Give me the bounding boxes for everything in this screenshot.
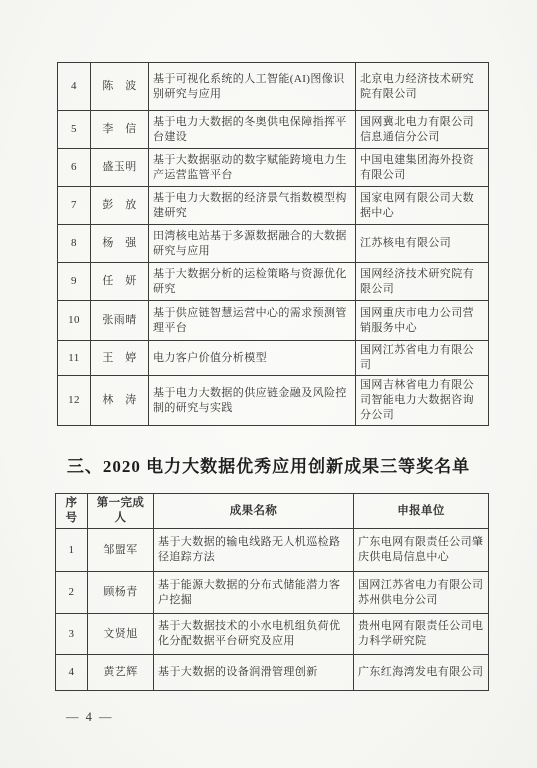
table-row: 4 陈 波 基于可视化系统的人工智能(AI)图像识别研究与应用 北京电力经济技术… [58,63,489,111]
serial-cell: 11 [58,341,91,376]
name-cell: 王 婷 [91,341,149,376]
serial-cell: 4 [58,63,91,111]
header-organization: 申报单位 [354,494,489,529]
name-cell: 邹盟军 [88,529,154,572]
header-achievement: 成果名称 [154,494,354,529]
achievement-cell: 基于可视化系统的人工智能(AI)图像识别研究与应用 [149,63,356,111]
org-cell: 国网吉林省电力有限公司智能电力大数据咨询分公司 [356,376,489,426]
award-table-second-prize-continued: 4 陈 波 基于可视化系统的人工智能(AI)图像识别研究与应用 北京电力经济技术… [57,62,489,426]
name-cell: 文贤旭 [88,614,154,655]
org-cell: 贵州电网有限责任公司电力科学研究院 [354,614,489,655]
name-cell: 杨 强 [91,225,149,263]
header-first-author: 第一完成人 [88,494,154,529]
achievement-cell: 基于大数据的设备润滑管理创新 [154,655,354,691]
name-cell: 张雨晴 [91,301,149,341]
table-row: 5 李 信 基于电力大数据的冬奥供电保障指挥平台建设 国网冀北电力有限公司信息通… [58,111,489,149]
org-cell: 北京电力经济技术研究院有限公司 [356,63,489,111]
serial-cell: 5 [58,111,91,149]
achievement-cell: 基于供应链智慧运营中心的需求预测管理平台 [149,301,356,341]
achievement-cell: 基于大数据技术的小水电机组负荷优化分配数据平台研究及应用 [154,614,354,655]
achievement-cell: 基于电力大数据的冬奥供电保障指挥平台建设 [149,111,356,149]
achievement-cell: 基于能源大数据的分布式储能潜力客户挖掘 [154,572,354,614]
table-row: 8 杨 强 田湾核电站基于多源数据融合的大数据研究与应用 江苏核电有限公司 [58,225,489,263]
achievement-cell: 基于大数据的输电线路无人机巡检路径追踪方法 [154,529,354,572]
org-cell: 国家电网有限公司大数据中心 [356,187,489,225]
org-cell: 国网重庆市电力公司营销服务中心 [356,301,489,341]
table-row: 4 黄艺辉 基于大数据的设备润滑管理创新 广东红海湾发电有限公司 [56,655,489,691]
achievement-cell: 基于大数据分析的运检策略与资源优化研究 [149,263,356,301]
org-cell: 中国电建集团海外投资有限公司 [356,149,489,187]
table-row: 3 文贤旭 基于大数据技术的小水电机组负荷优化分配数据平台研究及应用 贵州电网有… [56,614,489,655]
table-row: 6 盛玉明 基于大数据驱动的数字赋能跨境电力生产运营监管平台 中国电建集团海外投… [58,149,489,187]
achievement-cell: 基于电力大数据的供应链金融及风险控制的研究与实践 [149,376,356,426]
org-cell: 广东电网有限责任公司肇庆供电局信息中心 [354,529,489,572]
name-cell: 顾杨青 [88,572,154,614]
serial-cell: 6 [58,149,91,187]
section-heading: 三、2020 电力大数据优秀应用创新成果三等奖名单 [0,452,537,477]
achievement-cell: 基于大数据驱动的数字赋能跨境电力生产运营监管平台 [149,149,356,187]
serial-cell: 12 [58,376,91,426]
serial-cell: 4 [56,655,88,691]
name-cell: 彭 放 [91,187,149,225]
name-cell: 陈 波 [91,63,149,111]
table-row: 2 顾杨青 基于能源大数据的分布式储能潜力客户挖掘 国网江苏省电力有限公司苏州供… [56,572,489,614]
serial-cell: 3 [56,614,88,655]
org-cell: 江苏核电有限公司 [356,225,489,263]
achievement-cell: 电力客户价值分析模型 [149,341,356,376]
table-row: 10 张雨晴 基于供应链智慧运营中心的需求预测管理平台 国网重庆市电力公司营销服… [58,301,489,341]
serial-cell: 10 [58,301,91,341]
serial-cell: 8 [58,225,91,263]
table-row: 9 任 妍 基于大数据分析的运检策略与资源优化研究 国网经济技术研究院有限公司 [58,263,489,301]
name-cell: 任 妍 [91,263,149,301]
org-cell: 国网冀北电力有限公司信息通信分公司 [356,111,489,149]
org-cell: 国网江苏省电力有限公司苏州供电分公司 [354,572,489,614]
org-cell: 国网经济技术研究院有限公司 [356,263,489,301]
award-table-third-prize: 序号 第一完成人 成果名称 申报单位 1 邹盟军 基于大数据的输电线路无人机巡检… [55,493,489,691]
name-cell: 盛玉明 [91,149,149,187]
table-row: 11 王 婷 电力客户价值分析模型 国网江苏省电力有限公司 [58,341,489,376]
name-cell: 林 涛 [91,376,149,426]
table-row: 1 邹盟军 基于大数据的输电线路无人机巡检路径追踪方法 广东电网有限责任公司肇庆… [56,529,489,572]
page-number: — 4 — [66,710,114,725]
header-serial: 序号 [56,494,88,529]
name-cell: 黄艺辉 [88,655,154,691]
name-cell: 李 信 [91,111,149,149]
org-cell: 广东红海湾发电有限公司 [354,655,489,691]
serial-cell: 1 [56,529,88,572]
serial-cell: 9 [58,263,91,301]
achievement-cell: 基于电力大数据的经济景气指数模型构建研究 [149,187,356,225]
table-row: 7 彭 放 基于电力大数据的经济景气指数模型构建研究 国家电网有限公司大数据中心 [58,187,489,225]
achievement-cell: 田湾核电站基于多源数据融合的大数据研究与应用 [149,225,356,263]
org-cell: 国网江苏省电力有限公司 [356,341,489,376]
table-header-row: 序号 第一完成人 成果名称 申报单位 [56,494,489,529]
serial-cell: 2 [56,572,88,614]
document-page: { "colors": { "page_background": "#f8f8f… [0,0,537,768]
serial-cell: 7 [58,187,91,225]
table-row: 12 林 涛 基于电力大数据的供应链金融及风险控制的研究与实践 国网吉林省电力有… [58,376,489,426]
